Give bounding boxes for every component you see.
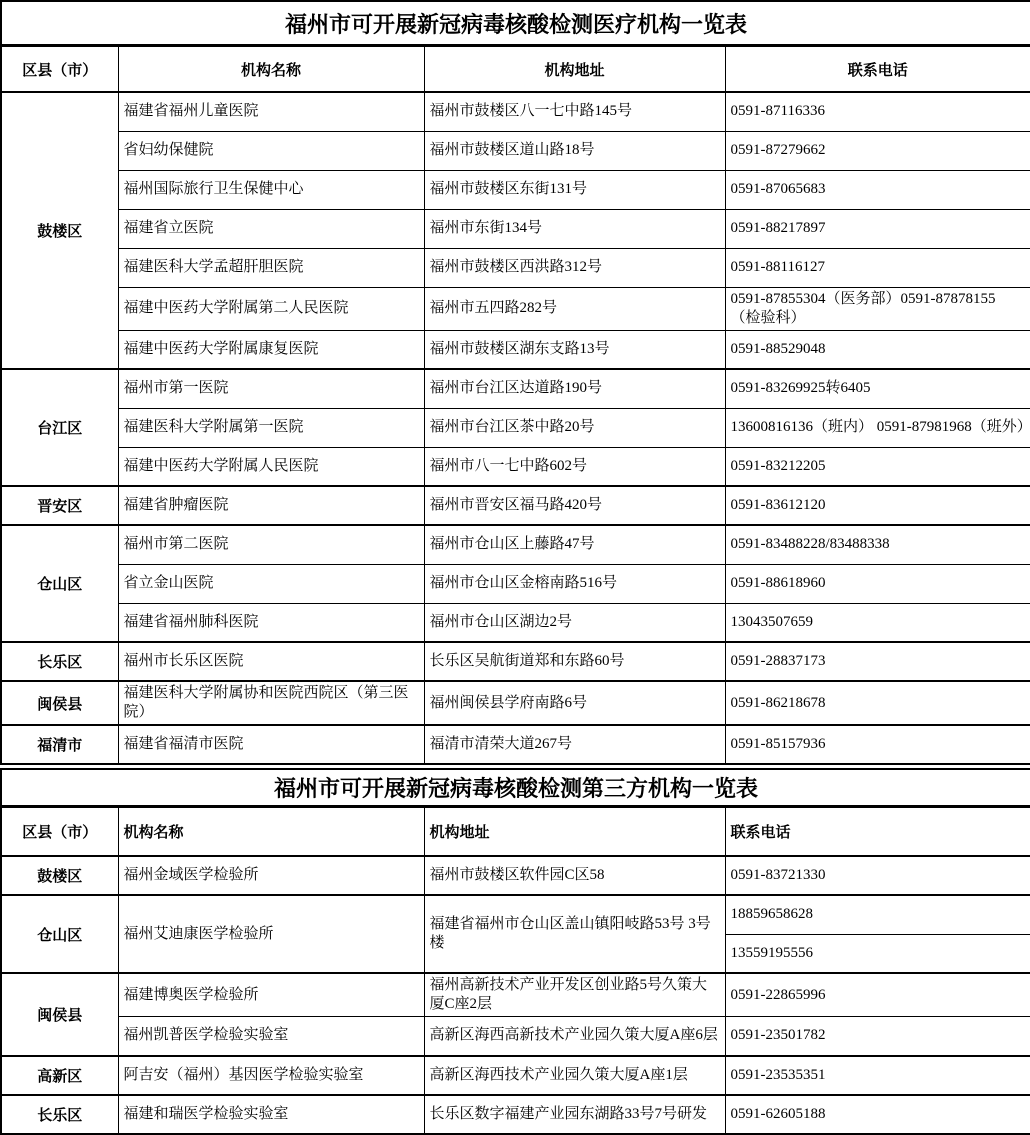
- institution-address-cell: 福建省福州市仓山区盖山镇阳岐路53号 3号楼: [424, 895, 725, 973]
- institution-address-cell: 福州市晋安区福马路420号: [424, 486, 725, 525]
- institution-address-cell: 福州市五四路282号: [424, 287, 725, 330]
- table-row: 闽侯县福建博奥医学检验所福州高新技术产业开发区创业路5号久策大厦C座2层0591…: [1, 973, 1030, 1017]
- institution-address-cell: 福州市鼓楼区西洪路312号: [424, 248, 725, 287]
- table-row: 福建中医药大学附属人民医院福州市八一七中路602号0591-83212205: [1, 447, 1030, 486]
- district-cell: 鼓楼区: [1, 92, 118, 369]
- district-cell: 闽侯县: [1, 681, 118, 725]
- institution-name-cell: 福州凯普医学检验实验室: [118, 1017, 424, 1056]
- district-cell: 高新区: [1, 1056, 118, 1095]
- institution-name-cell: 福建医科大学孟超肝胆医院: [118, 248, 424, 287]
- table-header-row: 区县（市） 机构名称 机构地址 联系电话: [1, 46, 1030, 93]
- header-institution-address: 机构地址: [424, 807, 725, 857]
- phone-cell: 0591-23501782: [725, 1017, 1030, 1056]
- table-header-row: 区县（市） 机构名称 机构地址 联系电话: [1, 807, 1030, 857]
- phone-cell: 0591-87855304（医务部）0591-87878155（检验科）: [725, 287, 1030, 330]
- institution-address-cell: 福州市东街134号: [424, 209, 725, 248]
- district-cell: 晋安区: [1, 486, 118, 525]
- table-row: 福建医科大学孟超肝胆医院福州市鼓楼区西洪路312号0591-88116127: [1, 248, 1030, 287]
- medical-table-body: 鼓楼区福建省福州儿童医院福州市鼓楼区八一七中路145号0591-87116336…: [1, 92, 1030, 764]
- table-row: 福州凯普医学检验实验室高新区海西高新技术产业园久策大厦A座6层0591-2350…: [1, 1017, 1030, 1056]
- phone-cell: 0591-88217897: [725, 209, 1030, 248]
- institution-name-cell: 福建医科大学附属第一医院: [118, 408, 424, 447]
- table-row: 福建省福州肺科医院福州市仓山区湖边2号13043507659: [1, 603, 1030, 642]
- institution-name-cell: 福建中医药大学附属第二人民医院: [118, 287, 424, 330]
- phone-cell: 0591-83612120: [725, 486, 1030, 525]
- table-row: 鼓楼区福建省福州儿童医院福州市鼓楼区八一七中路145号0591-87116336: [1, 92, 1030, 131]
- institution-name-cell: 福建省福州肺科医院: [118, 603, 424, 642]
- institution-name-cell: 福建和瑞医学检验实验室: [118, 1095, 424, 1134]
- institution-name-cell: 福建中医药大学附属康复医院: [118, 330, 424, 369]
- medical-table-head: 福州市可开展新冠病毒核酸检测医疗机构一览表 区县（市） 机构名称 机构地址 联系…: [1, 1, 1030, 92]
- header-district: 区县（市）: [1, 46, 118, 93]
- district-cell: 仓山区: [1, 895, 118, 973]
- phone-cell: 0591-88618960: [725, 564, 1030, 603]
- district-cell: 仓山区: [1, 525, 118, 642]
- district-cell: 台江区: [1, 369, 118, 486]
- institution-address-cell: 福州市仓山区上藤路47号: [424, 525, 725, 564]
- medical-institutions-table: 福州市可开展新冠病毒核酸检测医疗机构一览表 区县（市） 机构名称 机构地址 联系…: [0, 0, 1030, 765]
- table-row: 省妇幼保健院福州市鼓楼区道山路18号0591-87279662: [1, 131, 1030, 170]
- table-title: 福州市可开展新冠病毒核酸检测第三方机构一览表: [1, 769, 1030, 807]
- phone-cell: 13559195556: [725, 934, 1030, 973]
- institution-name-cell: 福建省福清市医院: [118, 725, 424, 764]
- institution-name-cell: 福州市第二医院: [118, 525, 424, 564]
- institution-address-cell: 福州市鼓楼区八一七中路145号: [424, 92, 725, 131]
- header-phone: 联系电话: [725, 807, 1030, 857]
- phone-cell: 0591-88116127: [725, 248, 1030, 287]
- institution-address-cell: 高新区海西技术产业园久策大厦A座1层: [424, 1056, 725, 1095]
- table-row: 福建中医药大学附属康复医院福州市鼓楼区湖东支路13号0591-88529048: [1, 330, 1030, 369]
- institution-address-cell: 福清市清荣大道267号: [424, 725, 725, 764]
- institution-address-cell: 福州市鼓楼区道山路18号: [424, 131, 725, 170]
- third-party-table-body: 鼓楼区福州金域医学检验所福州市鼓楼区软件园C区580591-83721330仓山…: [1, 856, 1030, 1134]
- phone-cell: 13600816136（班内） 0591-87981968（班外）: [725, 408, 1030, 447]
- table-row: 省立金山医院福州市仓山区金榕南路516号0591-88618960: [1, 564, 1030, 603]
- table-title: 福州市可开展新冠病毒核酸检测医疗机构一览表: [1, 1, 1030, 46]
- header-district: 区县（市）: [1, 807, 118, 857]
- institution-address-cell: 福州市鼓楼区软件园C区58: [424, 856, 725, 895]
- phone-cell: 0591-87065683: [725, 170, 1030, 209]
- table-row: 闽侯县福建医科大学附属协和医院西院区（第三医院）福州闽侯县学府南路6号0591-…: [1, 681, 1030, 725]
- institution-address-cell: 福州市仓山区金榕南路516号: [424, 564, 725, 603]
- institution-name-cell: 阿吉安（福州）基因医学检验实验室: [118, 1056, 424, 1095]
- phone-cell: 18859658628: [725, 895, 1030, 934]
- district-cell: 长乐区: [1, 642, 118, 681]
- table-row: 福建中医药大学附属第二人民医院福州市五四路282号0591-87855304（医…: [1, 287, 1030, 330]
- institution-address-cell: 长乐区吴航街道郑和东路60号: [424, 642, 725, 681]
- institution-address-cell: 长乐区数字福建产业园东湖路33号7号研发: [424, 1095, 725, 1134]
- institution-address-cell: 福州市鼓楼区湖东支路13号: [424, 330, 725, 369]
- institution-name-cell: 福建省立医院: [118, 209, 424, 248]
- header-institution-address: 机构地址: [424, 46, 725, 93]
- institution-name-cell: 福建中医药大学附属人民医院: [118, 447, 424, 486]
- institution-name-cell: 福州市长乐区医院: [118, 642, 424, 681]
- phone-cell: 0591-23535351: [725, 1056, 1030, 1095]
- table-row: 仓山区福州艾迪康医学检验所福建省福州市仓山区盖山镇阳岐路53号 3号楼18859…: [1, 895, 1030, 934]
- header-institution-name: 机构名称: [118, 807, 424, 857]
- table-row: 福建医科大学附属第一医院福州市台江区茶中路20号13600816136（班内） …: [1, 408, 1030, 447]
- institution-address-cell: 福州闽侯县学府南路6号: [424, 681, 725, 725]
- phone-cell: 0591-83721330: [725, 856, 1030, 895]
- table-title-row: 福州市可开展新冠病毒核酸检测医疗机构一览表: [1, 1, 1030, 46]
- institution-name-cell: 福州艾迪康医学检验所: [118, 895, 424, 973]
- table-title-row: 福州市可开展新冠病毒核酸检测第三方机构一览表: [1, 769, 1030, 807]
- table-row: 仓山区福州市第二医院福州市仓山区上藤路47号0591-83488228/8348…: [1, 525, 1030, 564]
- district-cell: 闽侯县: [1, 973, 118, 1056]
- header-phone: 联系电话: [725, 46, 1030, 93]
- table-row: 福州国际旅行卫生保健中心福州市鼓楼区东街131号0591-87065683: [1, 170, 1030, 209]
- district-cell: 福清市: [1, 725, 118, 764]
- phone-cell: 0591-62605188: [725, 1095, 1030, 1134]
- phone-cell: 13043507659: [725, 603, 1030, 642]
- third-party-table-head: 福州市可开展新冠病毒核酸检测第三方机构一览表 区县（市） 机构名称 机构地址 联…: [1, 769, 1030, 856]
- table-row: 晋安区福建省肿瘤医院福州市晋安区福马路420号0591-83612120: [1, 486, 1030, 525]
- table-row: 鼓楼区福州金域医学检验所福州市鼓楼区软件园C区580591-83721330: [1, 856, 1030, 895]
- phone-cell: 0591-83269925转6405: [725, 369, 1030, 408]
- institution-address-cell: 福州市八一七中路602号: [424, 447, 725, 486]
- institution-address-cell: 高新区海西高新技术产业园久策大厦A座6层: [424, 1017, 725, 1056]
- district-cell: 长乐区: [1, 1095, 118, 1134]
- institution-address-cell: 福州市仓山区湖边2号: [424, 603, 725, 642]
- district-cell: 鼓楼区: [1, 856, 118, 895]
- institution-name-cell: 福建省福州儿童医院: [118, 92, 424, 131]
- table-row: 长乐区福建和瑞医学检验实验室长乐区数字福建产业园东湖路33号7号研发0591-6…: [1, 1095, 1030, 1134]
- phone-cell: 0591-88529048: [725, 330, 1030, 369]
- table-row: 福建省立医院福州市东街134号0591-88217897: [1, 209, 1030, 248]
- institution-name-cell: 福州金域医学检验所: [118, 856, 424, 895]
- institution-name-cell: 福建医科大学附属协和医院西院区（第三医院）: [118, 681, 424, 725]
- institution-name-cell: 福州市第一医院: [118, 369, 424, 408]
- institution-name-cell: 省妇幼保健院: [118, 131, 424, 170]
- institution-name-cell: 福建博奥医学检验所: [118, 973, 424, 1017]
- table-row: 福清市福建省福清市医院福清市清荣大道267号0591-85157936: [1, 725, 1030, 764]
- table-row: 台江区福州市第一医院福州市台江区达道路190号0591-83269925转640…: [1, 369, 1030, 408]
- third-party-institutions-table: 福州市可开展新冠病毒核酸检测第三方机构一览表 区县（市） 机构名称 机构地址 联…: [0, 768, 1030, 1135]
- header-institution-name: 机构名称: [118, 46, 424, 93]
- phone-cell: 0591-87116336: [725, 92, 1030, 131]
- institution-address-cell: 福州市台江区茶中路20号: [424, 408, 725, 447]
- institution-name-cell: 福州国际旅行卫生保健中心: [118, 170, 424, 209]
- institution-address-cell: 福州市台江区达道路190号: [424, 369, 725, 408]
- institution-address-cell: 福州高新技术产业开发区创业路5号久策大厦C座2层: [424, 973, 725, 1017]
- table-row: 长乐区福州市长乐区医院长乐区吴航街道郑和东路60号0591-28837173: [1, 642, 1030, 681]
- table-row: 高新区阿吉安（福州）基因医学检验实验室高新区海西技术产业园久策大厦A座1层059…: [1, 1056, 1030, 1095]
- phone-cell: 0591-83488228/83488338: [725, 525, 1030, 564]
- institution-name-cell: 省立金山医院: [118, 564, 424, 603]
- phone-cell: 0591-22865996: [725, 973, 1030, 1017]
- document-sheet: 福州市可开展新冠病毒核酸检测医疗机构一览表 区县（市） 机构名称 机构地址 联系…: [0, 0, 1030, 1135]
- phone-cell: 0591-87279662: [725, 131, 1030, 170]
- phone-cell: 0591-86218678: [725, 681, 1030, 725]
- phone-cell: 0591-28837173: [725, 642, 1030, 681]
- phone-cell: 0591-83212205: [725, 447, 1030, 486]
- institution-name-cell: 福建省肿瘤医院: [118, 486, 424, 525]
- institution-address-cell: 福州市鼓楼区东街131号: [424, 170, 725, 209]
- phone-cell: 0591-85157936: [725, 725, 1030, 764]
